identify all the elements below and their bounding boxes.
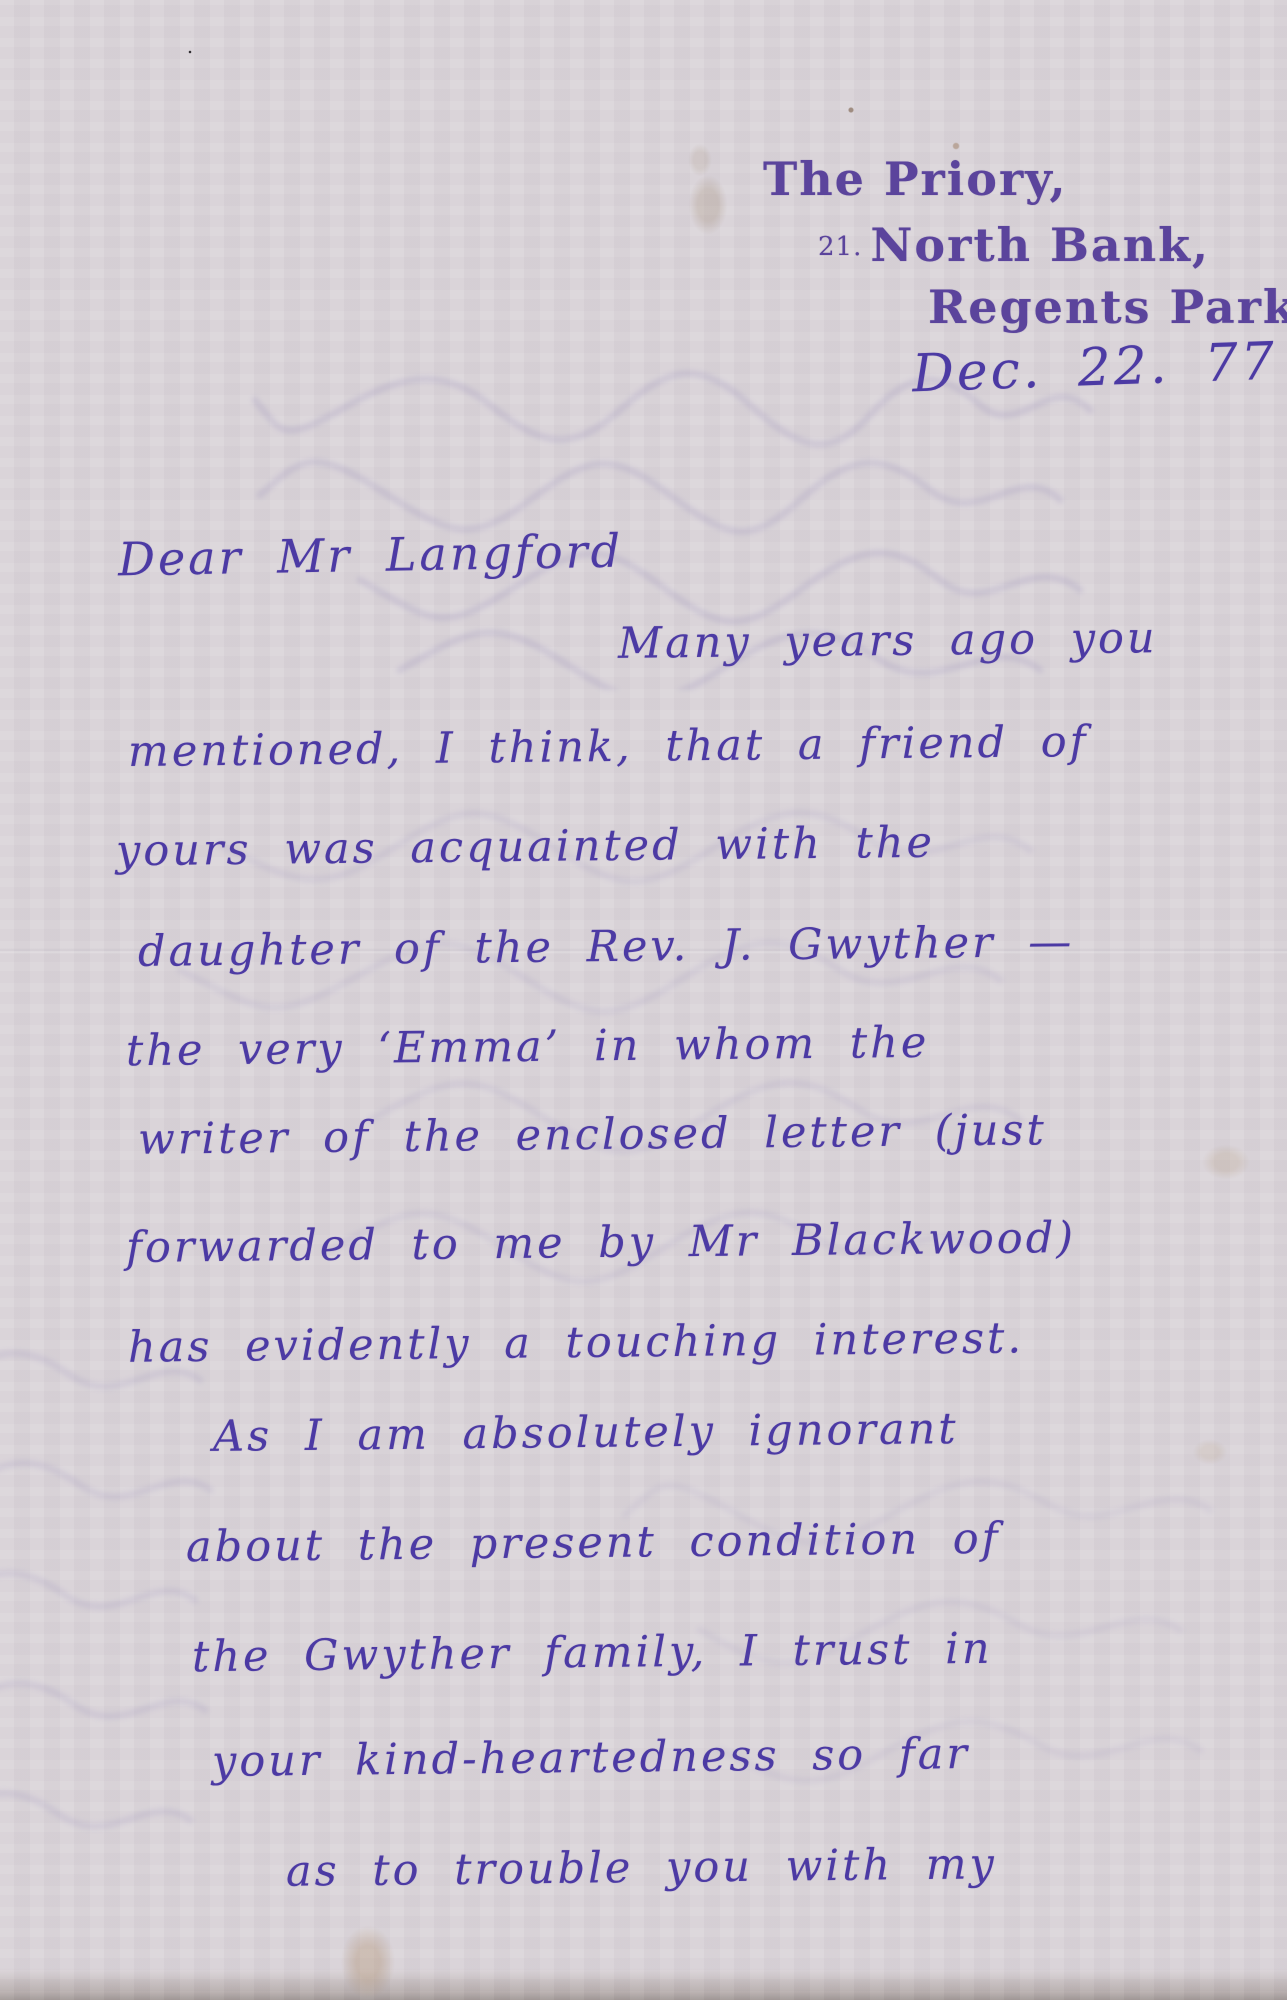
letter-salutation: Dear Mr Langford bbox=[118, 524, 624, 587]
letterhead-line1: The Priory, bbox=[763, 152, 1068, 206]
letter-line: forwarded to me by Mr Blackwood) bbox=[126, 1213, 1076, 1273]
letter-line: about the present condition of bbox=[186, 1514, 1001, 1573]
letterhead-house-number: 21. bbox=[818, 232, 862, 262]
letter-line: As I am absolutely ignorant bbox=[213, 1404, 959, 1462]
letter-line: mentioned, I think, that a friend of bbox=[128, 717, 1089, 777]
letter-line: the Gwyther family, I trust in bbox=[192, 1624, 993, 1682]
letterhead-line3: Regents Park. bbox=[928, 280, 1287, 334]
bleedthrough-ghost bbox=[0, 1340, 220, 1900]
letterhead-line2: 21.North Bank, bbox=[818, 218, 1210, 272]
letter-line: the very ‘Emma’ in whom the bbox=[126, 1018, 930, 1076]
letterhead-street: North Bank, bbox=[870, 218, 1210, 272]
letter-line: daughter of the Rev. J. Gwyther — bbox=[138, 917, 1075, 977]
letter-line: has evidently a touching interest. bbox=[128, 1313, 1024, 1372]
letter-line: writer of the enclosed letter (just bbox=[138, 1105, 1047, 1165]
letter-line: as to trouble you with my bbox=[286, 1839, 997, 1896]
letter-page: The Priory, 21.North Bank, Regents Park.… bbox=[0, 0, 1287, 2000]
letter-line: your kind-heartedness so far bbox=[212, 1729, 970, 1787]
letter-line: Many years ago you bbox=[618, 613, 1158, 669]
letter-line: yours was acquainted with the bbox=[116, 818, 935, 877]
letter-date: Dec. 22. 77 bbox=[911, 332, 1278, 405]
